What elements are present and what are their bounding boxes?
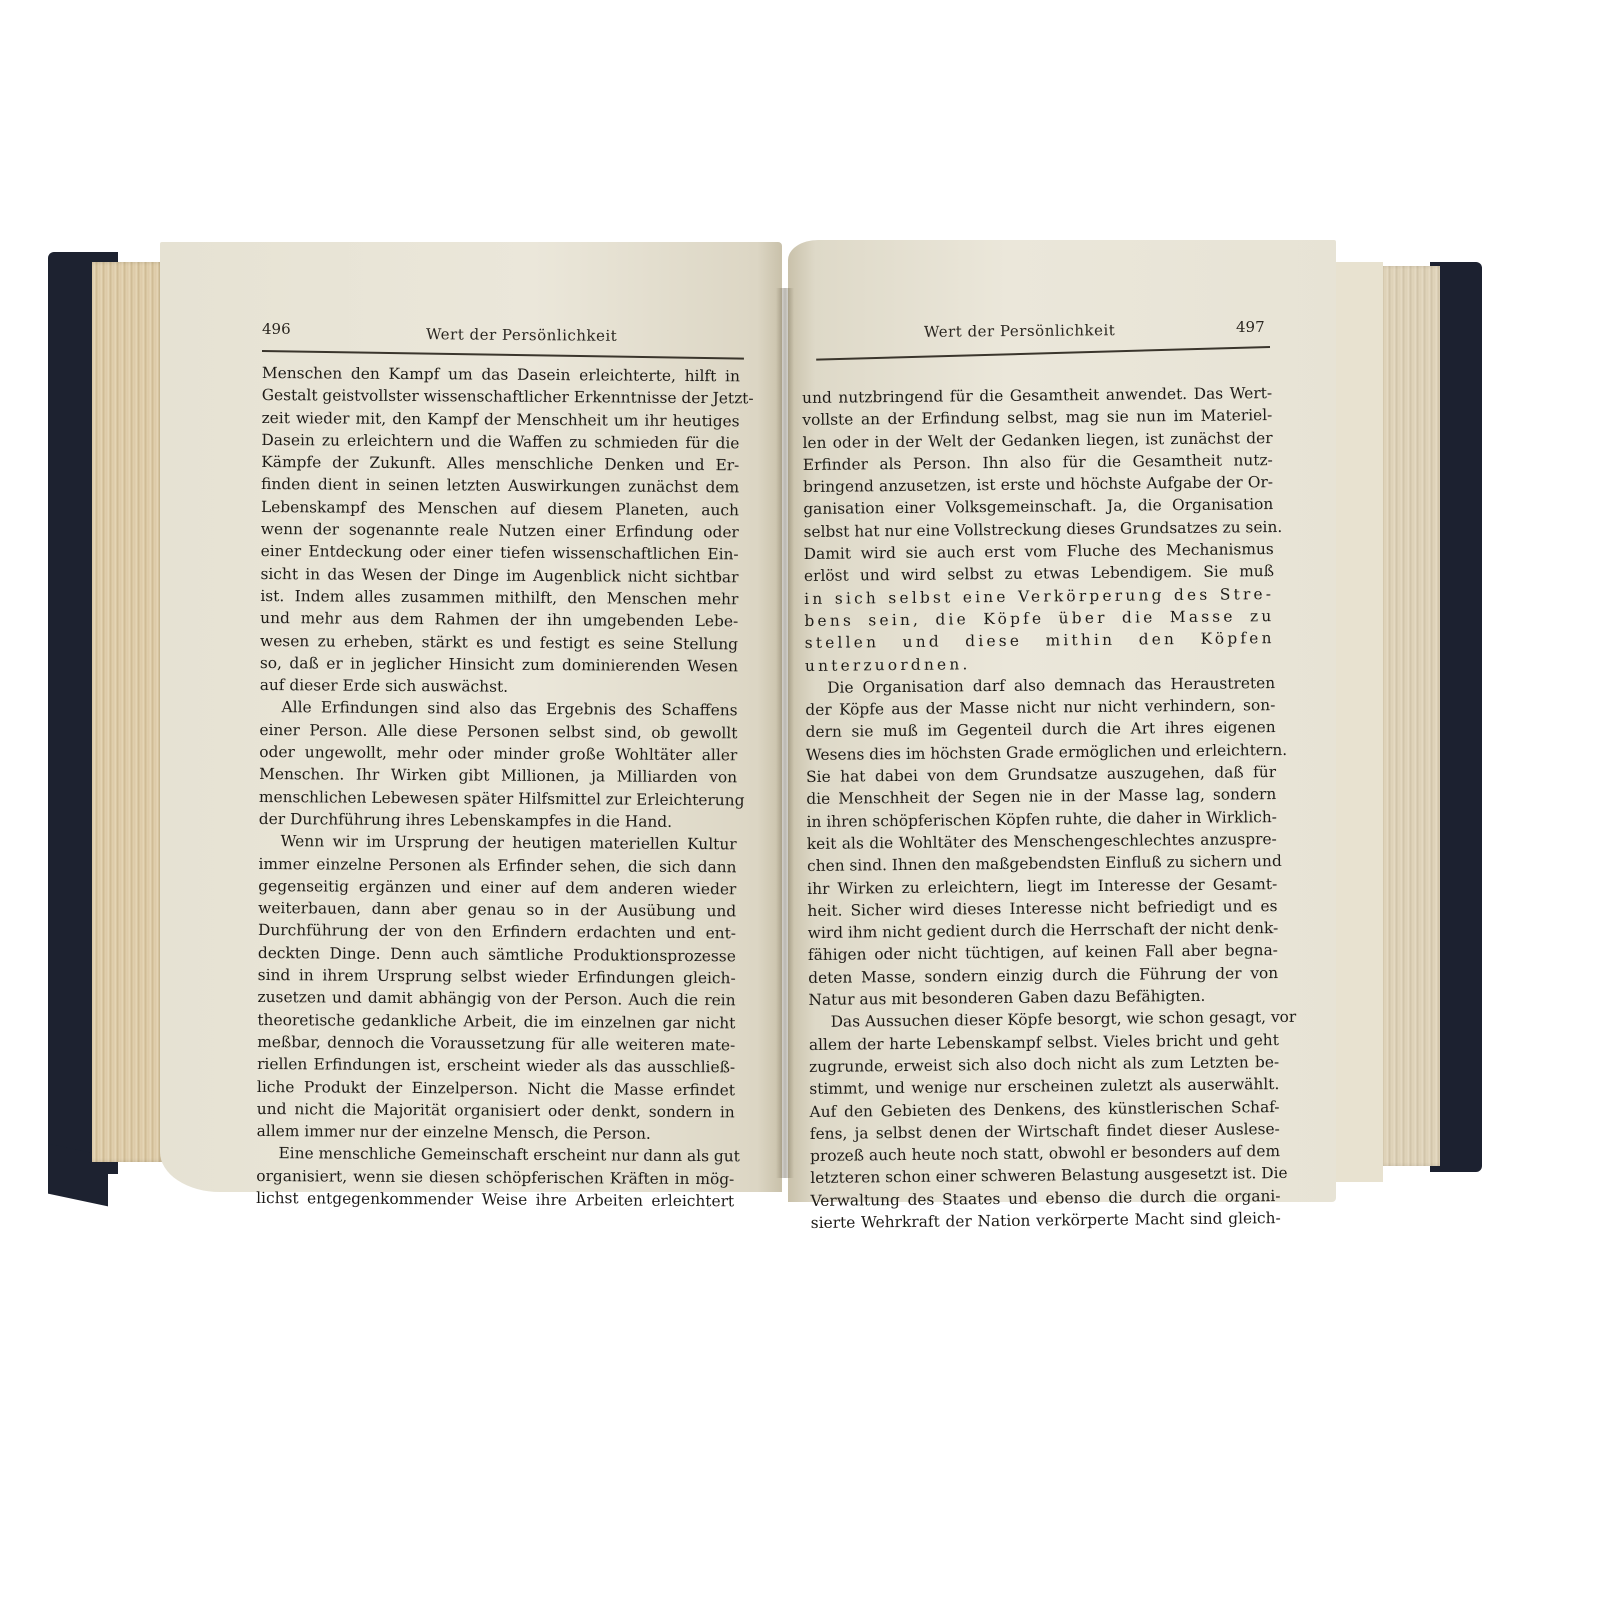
text-line: einer Person. Alle diese Personen selbst… [259,719,737,745]
text-line: so, daß er in jeglicher Hinsicht zum dom… [260,652,738,678]
text-line: finden dient in seinen letzten Auswirkun… [261,473,739,499]
text-line: zusetzen und damit abhängig von der Pers… [257,986,735,1012]
text-line: menschlichen Lebewesen später Hilfsmitte… [259,786,737,812]
text-line: Wenn wir im Ursprung der heutigen materi… [259,830,737,856]
page-block-edge-right [1378,266,1440,1166]
text-line: immer einzelne Personen als Erfinder seh… [258,853,736,879]
text-line: sind in ihrem Ursprung selbst wieder Erf… [258,964,736,990]
text-line: liche Produkt der Einzelperson. Nicht di… [257,1075,735,1101]
text-line: Menschen den Kampf um das Dasein erleich… [262,362,740,388]
text-line: Dasein zu erleichtern und die Waffen zu … [261,429,739,455]
text-line: ist. Indem alles zusammen mithilft, den … [260,585,738,611]
page-number-left: 496 [262,320,291,338]
text-line: zeit wieder mit, den Kampf der Menschhei… [262,407,740,433]
text-line: Lebenskampf des Menschen auf diesem Plan… [261,496,739,522]
text-line: und nicht die Majorität organisiert oder… [257,1098,735,1124]
running-head-right: Wert der Persönlichkeit [924,321,1115,341]
right-page-text: und nutzbringend für die Gesamtheit anwe… [802,382,1281,1234]
text-line: Durchführung der von den Erfindern erdac… [258,919,736,945]
text-line: organisiert, wenn sie diesen schöpferisc… [256,1165,734,1191]
text-line: deckten Dinge. Denn auch sämtliche Produ… [258,942,736,968]
text-line: auf dieser Erde sich auswächst. [260,674,738,700]
running-head-left: Wert der Persönlichkeit [426,325,617,345]
text-line: und mehr aus dem Rahmen der ihn umgebend… [260,607,738,633]
text-line: der Durchführung ihres Lebenskampfes in … [259,808,737,834]
text-line: Eine menschliche Gemeinschaft erscheint … [256,1142,734,1168]
text-line: Gestalt geistvollster wissenschaftlicher… [262,384,740,410]
text-line: sicht in das Wesen der Dinge im Augenbli… [260,563,738,589]
page-number-right: 497 [1236,318,1265,336]
text-line: riellen Erfindungen ist, erscheint wiede… [257,1053,735,1079]
text-line: lichst entgegenkommender Weise ihre Arbe… [256,1187,734,1213]
text-line: wesen zu erheben, stärkt es und festigt … [260,630,738,656]
text-line: Kämpfe der Zukunft. Alles menschliche De… [261,451,739,477]
text-line: wenn der sogenannte reale Nutzen einer E… [261,518,739,544]
text-line: meßbar, dennoch die Voraussetzung für al… [257,1031,735,1057]
text-line: einer Entdeckung oder einer tiefen wisse… [261,540,739,566]
text-line: oder ungewollt, mehr oder minder große W… [259,741,737,767]
text-line: Alle Erfindungen sind also das Ergebnis … [260,696,738,722]
text-line: sierte Wehrkraft der Nation verkörperte … [811,1207,1281,1234]
text-line: weiterbauen, dann aber genau so in der A… [258,897,736,923]
page-block-edge-left [92,262,164,1162]
text-line: allem immer nur der einzelne Mensch, die… [257,1120,735,1146]
open-book-photo: 496 Wert der Persönlichkeit Wert der Per… [0,0,1600,1600]
text-line: Menschen. Ihr Wirken gibt Millionen, ja … [259,763,737,789]
text-line: theoretische gedankliche Arbeit, die im … [257,1009,735,1035]
text-line: gegenseitig ergänzen und einer auf dem a… [258,875,736,901]
book-gutter [776,288,794,1178]
left-page-text: Menschen den Kampf um das Dasein erleich… [256,362,740,1213]
